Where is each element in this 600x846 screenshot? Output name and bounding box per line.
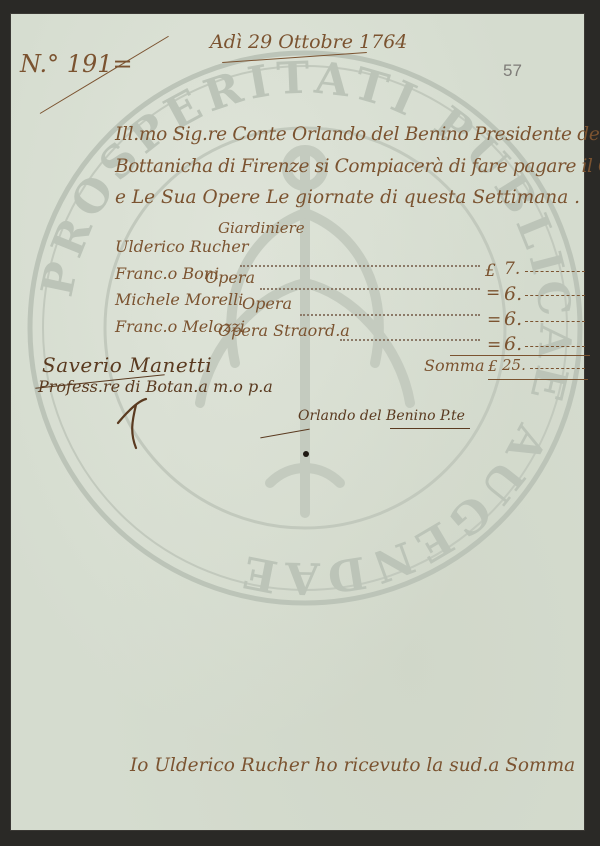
entry-name: Michele Morelli [115,290,243,309]
entry-amount: 6. [504,283,522,305]
leader-dots [240,265,480,267]
amount-dash [525,295,585,296]
signature-underline [390,428,470,429]
date-underline [222,52,367,63]
signature-flourish [260,429,309,439]
entry-currency: £ [485,261,496,281]
leader-dots [340,339,480,341]
entry-role: Opera Straord.a [218,321,350,340]
ink-blot [303,451,309,457]
address-line-2: Bottanicha di Firenze si Compiacerà di f… [115,156,600,177]
total-currency: £ [488,357,498,375]
amount-dash [525,271,585,272]
signature-left-name: Saverio Manetti [42,353,212,377]
document-sheet: PROSPERITATI PUBLICAE AUGENDAE N.° 191= … [10,13,585,831]
leader-dots [260,288,480,290]
entry-currency: = [486,283,500,303]
section-heading: Giardiniere [218,219,305,237]
entry-role: Opera [242,294,292,313]
reference-number: N.° 191= [20,50,133,78]
entry-amount: 7. [504,259,520,279]
leader-dots [300,314,480,316]
signature-flourish-mark [110,393,160,453]
amount-dash [525,321,585,322]
total-underline [488,379,588,380]
entry-amount: 6. [504,333,522,355]
entry-currency: = [487,310,501,330]
entry-currency: = [487,335,501,355]
receipt-line: Io Ulderico Rucher ho ricevuto la sud.a … [130,755,575,776]
entry-role: Opera [205,268,255,287]
entry-name: Franc.o Boni [115,264,219,283]
signature-right: Orlando del Benino P.te [298,408,465,424]
amount-dash [530,368,585,369]
total-amount: 25. [502,356,526,374]
document-date: Adì 29 Ottobre 1764 [210,31,407,53]
address-line-1: Ill.mo Sig.re Conte Orlando del Benino P… [115,124,600,145]
address-line-3: e Le Sua Opere Le giornate di questa Set… [115,187,580,208]
amount-dash [525,346,585,347]
entry-amount: 6. [504,308,522,330]
folio-number: 57 [503,61,522,81]
total-label: Somma [424,356,484,375]
entry-name: Ulderico Rucher [115,237,249,256]
